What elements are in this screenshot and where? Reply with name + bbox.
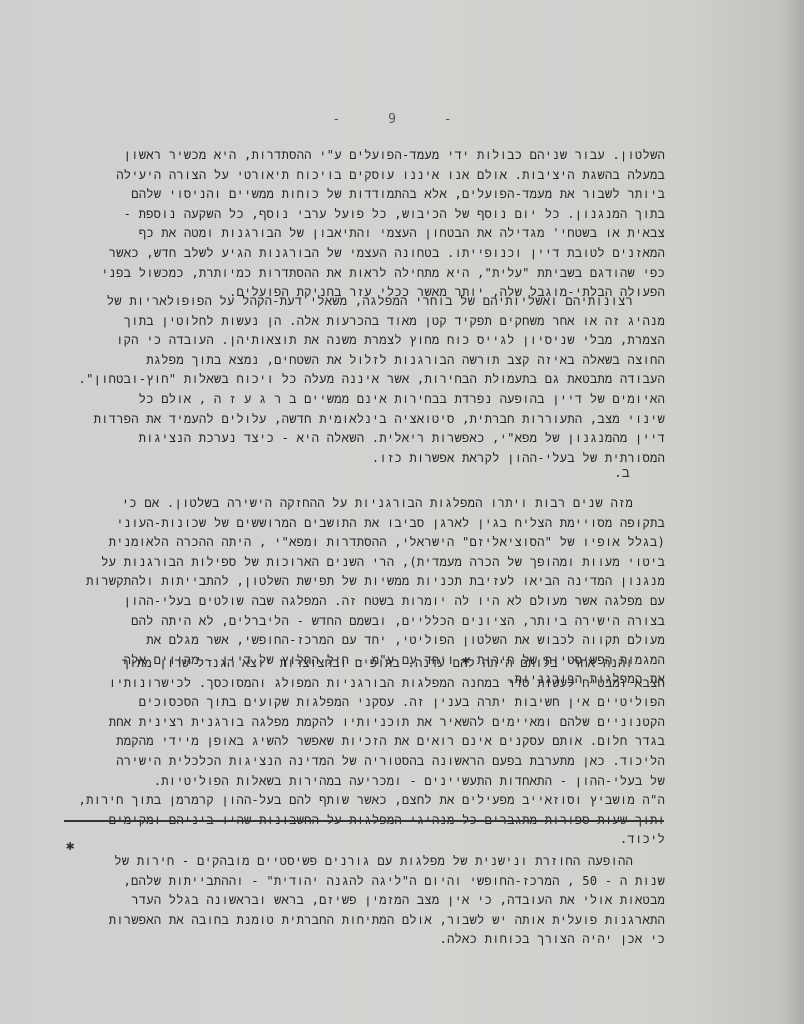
footnote-line: כי אכן יהיה הצורך בכוחות כאלה.	[70, 930, 665, 950]
text-line: האיומים של דיין בהופעה נפרדת בבחירות אינ…	[70, 390, 665, 410]
section-marker: ב.	[614, 466, 630, 481]
text-line: ה"ה מושביץ וסוזאייב מפעילים את לחצם, כאש…	[70, 791, 665, 811]
text-line: הפוליטיים אין חשיבות יתרה בענין זה. עסקנ…	[70, 693, 665, 713]
page-number: - 9 -	[0, 112, 804, 127]
text-line: בגדר חלום. אותם עסקנים אינם רואים את הזכ…	[70, 732, 665, 752]
text-line: רצונותיהם ואשליותיהם של בוחרי המפלגה, מש…	[70, 292, 665, 312]
text-line: השלטון. עבור שניהם כבולות ידי מעמד-הפועל…	[70, 146, 665, 166]
footnote-line: שנות ה - 50 , המרכז-החופשי והיום ה"ליגה …	[70, 872, 665, 892]
footnote-line: ההופעה החוזרת ונישנית של מפלגות עם גורני…	[70, 852, 665, 872]
footnote-line: מבטאות אולי את העובדה, כי אין מצב המזמין…	[70, 891, 665, 911]
text-line: צבאית או בשטחי' מגדילה את הבטחון העצמי ו…	[70, 224, 665, 244]
paragraph-2: רצונותיהם ואשליותיהם של בוחרי המפלגה, מש…	[70, 292, 665, 468]
text-line: במעלה בהשגת היציבות. אולם אנו איננו עוסק…	[70, 166, 665, 186]
text-line: (בגלל אופיו של "הסוציאליזם" הישראלי, ההס…	[70, 533, 665, 553]
text-line: כפי שהודגם בשביתת "עלית", היא מתחילה לרא…	[70, 264, 665, 284]
text-line: מעולם תקווה לכבוש את השלטון הפוליטי, יחד…	[70, 631, 665, 651]
text-line: של בעלי-ההון - התאחדות התעשיינים - ומכרי…	[70, 772, 665, 792]
document-page: - 9 - השלטון. עבור שניהם כבולות ידי מעמד…	[0, 0, 804, 1024]
text-line: העבודה מתבטאת גם בתעמולת הבחירות, אשר אי…	[70, 370, 665, 390]
text-line: מנהיג זה או אחר משחקים תפקיד קטן מאוד בה…	[70, 312, 665, 332]
text-line: המסורתית של בעלי-ההון לקראת אפשרות כזו.	[70, 449, 665, 469]
text-line: עם מפלגה אשר מעולם לא היו לה יומרות בשטח…	[70, 592, 665, 612]
text-line: המאזנים לטובת דיין וכנופייתו. בטחונה העצ…	[70, 244, 665, 264]
text-line: בתקופה מסויימת הצליח בגין לארגן סביבו את…	[70, 514, 665, 534]
text-line: ביותר לשבור את מעמד-הפועלים, אלא בהתמודד…	[70, 185, 665, 205]
text-line: בתוך המנגנון. כל יום נוסף של הכיבוש, כל …	[70, 205, 665, 225]
text-line: ליכוד.	[70, 830, 665, 850]
text-line: הצמרת, מבלי שניסיון לגייס כוח מחוץ לצמרת…	[70, 331, 665, 351]
text-line: דיין מהמנגנון של מפא"י, כאפשרות ריאלית. …	[70, 429, 665, 449]
text-line: החוצה בשאלה באיזה קצב תורשה הבורגנות לזל…	[70, 351, 665, 371]
text-line: מנגנון המדינה הביאו לעזיבת תכניות ממשיות…	[70, 572, 665, 592]
footnote: ההופעה החוזרת ונישנית של מפלגות עם גורני…	[70, 852, 665, 950]
page-edge-shadow	[782, 0, 804, 1024]
footnote-divider	[64, 820, 664, 822]
footnote-line: התארגנות פועלית אותה יש לשבור, אולם המתי…	[70, 911, 665, 931]
text-line: בצורה הישירה ביותר, הציונים הכלליים, ובש…	[70, 612, 665, 632]
text-line: ביטוי מעוות ומהופך של הכרה מעמדית), הרי …	[70, 553, 665, 573]
paragraph-1: השלטון. עבור שניהם כבולות ידי מעמד-הפועל…	[70, 146, 665, 303]
text-line: שינוי מצב, התעוררות חברתית, סיטואציה בינ…	[70, 410, 665, 430]
text-line: הקטנוניים שלהם ומאיימים להשאיר את תוכניו…	[70, 713, 665, 733]
text-line: הליכוד. כאן מתערבת בפעם הראשונה בהסטוריה…	[70, 752, 665, 772]
text-line: מזה שנים רבות ויתרו המפלגות הבורגניות על…	[70, 494, 665, 514]
text-line: הצבא ומבטיח לעשות סדר במחנה המפלגות הבור…	[70, 674, 665, 694]
text-line: והנה אחרי בלותם היתה להם עדנה. בתופים וב…	[70, 654, 665, 674]
